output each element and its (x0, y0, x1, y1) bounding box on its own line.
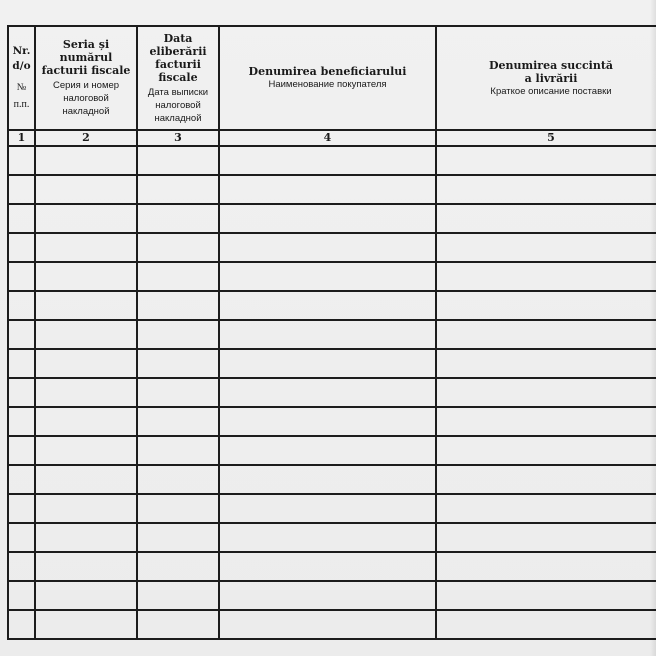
column-header-nr: Nr. d/o № п.п. (8, 26, 35, 130)
table-cell[interactable] (8, 175, 35, 204)
table-cell[interactable] (8, 291, 35, 320)
table-cell[interactable] (35, 262, 137, 291)
table-cell[interactable] (219, 465, 436, 494)
table-cell[interactable] (8, 581, 35, 610)
table-cell[interactable] (8, 494, 35, 523)
table-cell[interactable] (8, 465, 35, 494)
table-cell[interactable] (137, 175, 219, 204)
table-row (8, 233, 656, 262)
ledger-page: Nr. d/o № п.п. Seria și numărul facturii… (0, 0, 656, 656)
header-text-ro: a livrării (437, 72, 656, 85)
table-row (8, 146, 656, 175)
header-text-ru: накладной (36, 105, 136, 118)
header-text-ro: facturii fiscale (138, 58, 218, 84)
column-header-delivery-description: Denumirea succintă a livrării Краткое оп… (436, 26, 656, 130)
table-cell[interactable] (219, 581, 436, 610)
table-cell[interactable] (8, 320, 35, 349)
table-cell[interactable] (137, 552, 219, 581)
table-cell[interactable] (8, 436, 35, 465)
table-cell[interactable] (219, 262, 436, 291)
column-number: 5 (436, 130, 656, 146)
table-cell[interactable] (219, 610, 436, 639)
table-cell[interactable] (35, 552, 137, 581)
table-cell[interactable] (219, 233, 436, 262)
header-text-ro: Data eliberării (138, 32, 218, 58)
table-cell[interactable] (137, 146, 219, 175)
table-cell[interactable] (436, 320, 656, 349)
table-cell[interactable] (35, 204, 137, 233)
table-cell[interactable] (8, 233, 35, 262)
header-text-ro: Nr. (9, 44, 34, 59)
table-cell[interactable] (436, 610, 656, 639)
table-cell[interactable] (137, 378, 219, 407)
table-row (8, 523, 656, 552)
header-text-ru: № (9, 80, 34, 95)
table-cell[interactable] (436, 175, 656, 204)
page-edge-shadow (650, 0, 656, 656)
column-header-issue-date: Data eliberării facturii fiscale Дата вы… (137, 26, 219, 130)
table-cell[interactable] (219, 407, 436, 436)
table-cell[interactable] (219, 146, 436, 175)
table-cell[interactable] (436, 146, 656, 175)
table-cell[interactable] (35, 407, 137, 436)
table-row (8, 320, 656, 349)
table-cell[interactable] (8, 552, 35, 581)
table-cell[interactable] (35, 523, 137, 552)
table-cell[interactable] (137, 610, 219, 639)
table-cell[interactable] (35, 465, 137, 494)
table-row (8, 610, 656, 639)
table-cell[interactable] (8, 262, 35, 291)
column-header-beneficiary: Denumirea beneficiarului Наименование по… (219, 26, 436, 130)
column-number: 3 (137, 130, 219, 146)
column-number-row: 1 2 3 4 5 (8, 130, 656, 146)
table-cell[interactable] (436, 407, 656, 436)
header-text-ru: Краткое описание поставки (437, 85, 656, 98)
table-row (8, 262, 656, 291)
table-cell[interactable] (436, 494, 656, 523)
header-text-ro: d/o (9, 59, 34, 74)
table-cell[interactable] (436, 262, 656, 291)
table-cell[interactable] (219, 494, 436, 523)
table-cell[interactable] (219, 175, 436, 204)
header-text-ru: п.п. (9, 97, 34, 112)
header-text-ru: Дата выписки (138, 86, 218, 99)
table-cell[interactable] (137, 581, 219, 610)
table-cell[interactable] (436, 552, 656, 581)
table-cell[interactable] (35, 494, 137, 523)
table-cell[interactable] (219, 320, 436, 349)
table-cell[interactable] (436, 349, 656, 378)
table-cell[interactable] (137, 407, 219, 436)
table-cell[interactable] (137, 349, 219, 378)
table-cell[interactable] (35, 378, 137, 407)
table-cell[interactable] (137, 465, 219, 494)
table-row (8, 378, 656, 407)
table-row (8, 436, 656, 465)
table-cell[interactable] (8, 378, 35, 407)
column-number: 4 (219, 130, 436, 146)
header-text-ro: Denumirea succintă (437, 59, 656, 72)
table-cell[interactable] (35, 320, 137, 349)
column-number: 1 (8, 130, 35, 146)
table-cell[interactable] (137, 320, 219, 349)
table-cell[interactable] (436, 233, 656, 262)
table-cell[interactable] (219, 291, 436, 320)
table-cell[interactable] (436, 465, 656, 494)
table-cell[interactable] (219, 436, 436, 465)
header-text-ro: Seria și numărul (36, 38, 136, 64)
table-cell[interactable] (219, 204, 436, 233)
table-cell[interactable] (8, 523, 35, 552)
header-text-ro: Denumirea beneficiarului (220, 65, 435, 78)
table-cell[interactable] (219, 378, 436, 407)
table-cell[interactable] (8, 610, 35, 639)
table-cell[interactable] (35, 581, 137, 610)
table-cell[interactable] (35, 349, 137, 378)
table-cell[interactable] (8, 349, 35, 378)
table-cell[interactable] (436, 378, 656, 407)
header-text-ru: Серия и номер (36, 79, 136, 92)
table-cell[interactable] (137, 204, 219, 233)
table-cell[interactable] (137, 523, 219, 552)
table-row (8, 204, 656, 233)
ledger-body (8, 146, 656, 639)
table-cell[interactable] (35, 436, 137, 465)
table-row (8, 407, 656, 436)
table-cell[interactable] (137, 436, 219, 465)
table-cell[interactable] (8, 146, 35, 175)
table-cell[interactable] (137, 262, 219, 291)
table-cell[interactable] (8, 407, 35, 436)
header-row: Nr. d/o № п.п. Seria și numărul facturii… (8, 26, 656, 130)
header-text-ru: накладной (138, 112, 218, 125)
column-header-invoice-number: Seria și numărul facturii fiscale Серия … (35, 26, 137, 130)
table-cell[interactable] (35, 175, 137, 204)
table-cell[interactable] (436, 204, 656, 233)
table-row (8, 465, 656, 494)
table-cell[interactable] (8, 204, 35, 233)
table-cell[interactable] (436, 581, 656, 610)
table-cell[interactable] (35, 291, 137, 320)
table-cell[interactable] (137, 233, 219, 262)
table-row (8, 349, 656, 378)
table-row (8, 581, 656, 610)
table-row (8, 291, 656, 320)
table-cell[interactable] (137, 291, 219, 320)
table-cell[interactable] (436, 436, 656, 465)
table-cell[interactable] (436, 291, 656, 320)
table-cell[interactable] (219, 349, 436, 378)
table-cell[interactable] (436, 523, 656, 552)
header-text-ru: налоговой (138, 99, 218, 112)
table-row (8, 552, 656, 581)
table-cell[interactable] (219, 552, 436, 581)
header-text-ru: Наименование покупателя (220, 78, 435, 91)
table-cell[interactable] (137, 494, 219, 523)
table-cell[interactable] (35, 146, 137, 175)
table-row (8, 175, 656, 204)
table-cell[interactable] (35, 610, 137, 639)
invoice-register-table: Nr. d/o № п.п. Seria și numărul facturii… (7, 25, 656, 640)
table-cell[interactable] (219, 523, 436, 552)
header-text-ru: налоговой (36, 92, 136, 105)
column-number: 2 (35, 130, 137, 146)
header-text-ro: facturii fiscale (36, 64, 136, 77)
table-cell[interactable] (35, 233, 137, 262)
table-row (8, 494, 656, 523)
